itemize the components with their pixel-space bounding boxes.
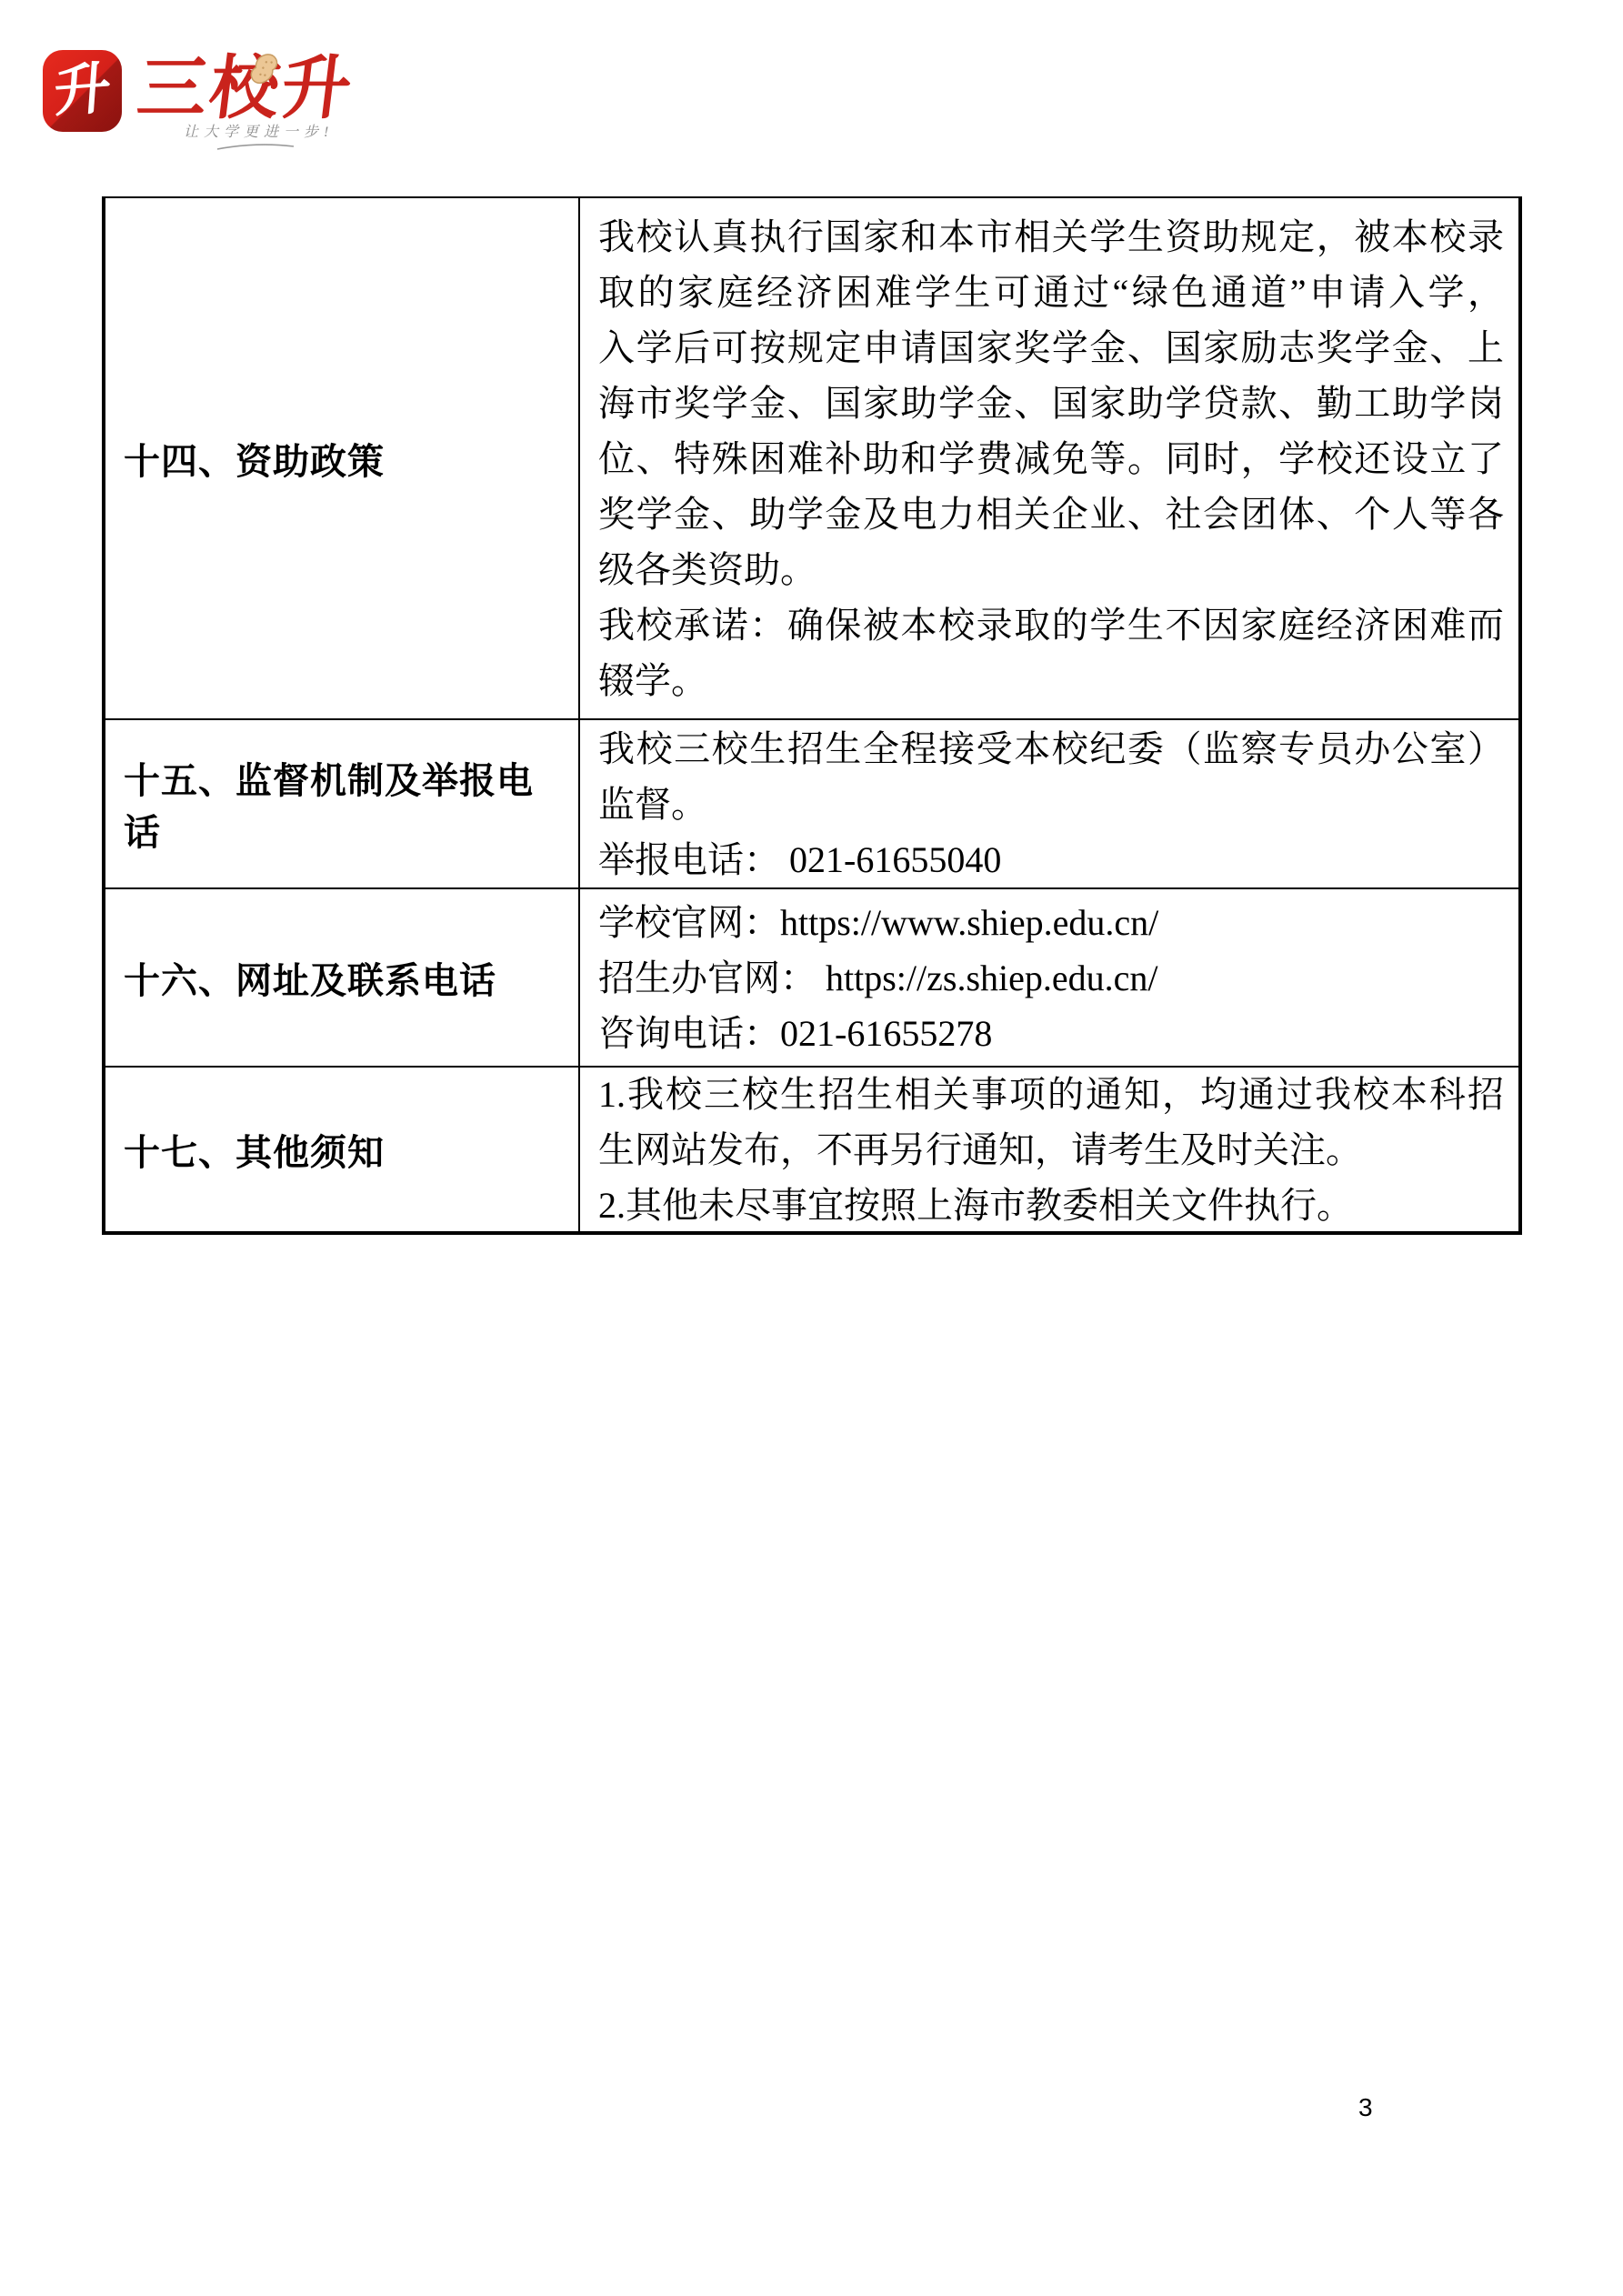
content-line: 辍学。 bbox=[598, 653, 1504, 708]
content-line: 2.其他未尽事宜按照上海市教委相关文件执行。 bbox=[598, 1178, 1504, 1233]
school-website-line: 学校官网：https://www.shiep.edu.cn/ bbox=[598, 895, 1504, 950]
content-line: 1.我校三校生招生相关事项的通知，均通过我校本科招 bbox=[598, 1067, 1504, 1122]
logo-glyph: 升 bbox=[43, 56, 122, 125]
content-line: 我校认真执行国家和本市相关学生资助规定，被本校录 bbox=[598, 209, 1504, 265]
content-line: 我校三校生招生全程接受本校纪委（监察专员办公室） bbox=[598, 721, 1504, 777]
content-line: 生网站发布，不再另行通知，请考生及时关注。 bbox=[598, 1122, 1504, 1178]
content-line: 级各类资助。 bbox=[598, 542, 1504, 597]
row-content-cell: 我校认真执行国家和本市相关学生资助规定，被本校录 取的家庭经济困难学生可通过“绿… bbox=[580, 198, 1518, 718]
content-line: 入学后可按规定申请国家奖学金、国家励志奖学金、上 bbox=[598, 320, 1504, 376]
brand-logo: 升 三校升 让大学更进一步! bbox=[43, 45, 370, 164]
admissions-info-table: 十四、资助政策 我校认真执行国家和本市相关学生资助规定，被本校录 取的家庭经济困… bbox=[102, 196, 1522, 1235]
row-content-cell: 1.我校三校生招生相关事项的通知，均通过我校本科招 生网站发布，不再另行通知，请… bbox=[580, 1068, 1518, 1231]
table-row-website-contact: 十六、网址及联系电话 学校官网：https://www.shiep.edu.cn… bbox=[105, 887, 1518, 1066]
brand-tagline: 让大学更进一步! bbox=[184, 120, 334, 141]
row-header-cell: 十七、其他须知 bbox=[105, 1068, 580, 1231]
table-row-supervision: 十五、监督机制及举报电话 我校三校生招生全程接受本校纪委（监察专员办公室） 监督… bbox=[105, 718, 1518, 887]
table-row-funding-policy: 十四、资助政策 我校认真执行国家和本市相关学生资助规定，被本校录 取的家庭经济困… bbox=[105, 198, 1518, 718]
content-line: 海市奖学金、国家助学金、国家助学贷款、勤工助学岗 bbox=[598, 376, 1504, 431]
table-row-other-notes: 十七、其他须知 1.我校三校生招生相关事项的通知，均通过我校本科招 生网站发布，… bbox=[105, 1066, 1518, 1231]
tagline-underline bbox=[215, 140, 297, 153]
content-line: 我校承诺：确保被本校录取的学生不因家庭经济困难而 bbox=[598, 597, 1504, 653]
document-page: 升 三校升 让大学更进一步! 十四、资助政策 我校认真执行国家和本市相关学生资助… bbox=[0, 0, 1623, 2296]
admissions-website-line: 招生办官网： https://zs.shiep.edu.cn/ bbox=[598, 950, 1504, 1006]
row-header-cell: 十六、网址及联系电话 bbox=[105, 889, 580, 1066]
row-content-cell: 我校三校生招生全程接受本校纪委（监察专员办公室） 监督。 举报电话： 021-6… bbox=[580, 720, 1518, 887]
content-line: 监督。 bbox=[598, 777, 1504, 832]
page-number: 3 bbox=[1358, 2093, 1373, 2122]
content-line: 奖学金、助学金及电力相关企业、社会团体、个人等各 bbox=[598, 486, 1504, 542]
content-line: 位、特殊困难补助和学费减免等。同时，学校还设立了 bbox=[598, 431, 1504, 486]
inquiry-phone-line: 咨询电话：021-61655278 bbox=[598, 1006, 1504, 1061]
content-line: 取的家庭经济困难学生可通过“绿色通道”申请入学， bbox=[598, 265, 1504, 320]
row-header-cell: 十四、资助政策 bbox=[105, 198, 580, 718]
row-content-cell: 学校官网：https://www.shiep.edu.cn/ 招生办官网： ht… bbox=[580, 889, 1518, 1066]
brand-logo-icon: 升 bbox=[43, 50, 122, 132]
report-phone-line: 举报电话： 021-61655040 bbox=[598, 832, 1504, 887]
row-header-cell: 十五、监督机制及举报电话 bbox=[105, 720, 580, 887]
